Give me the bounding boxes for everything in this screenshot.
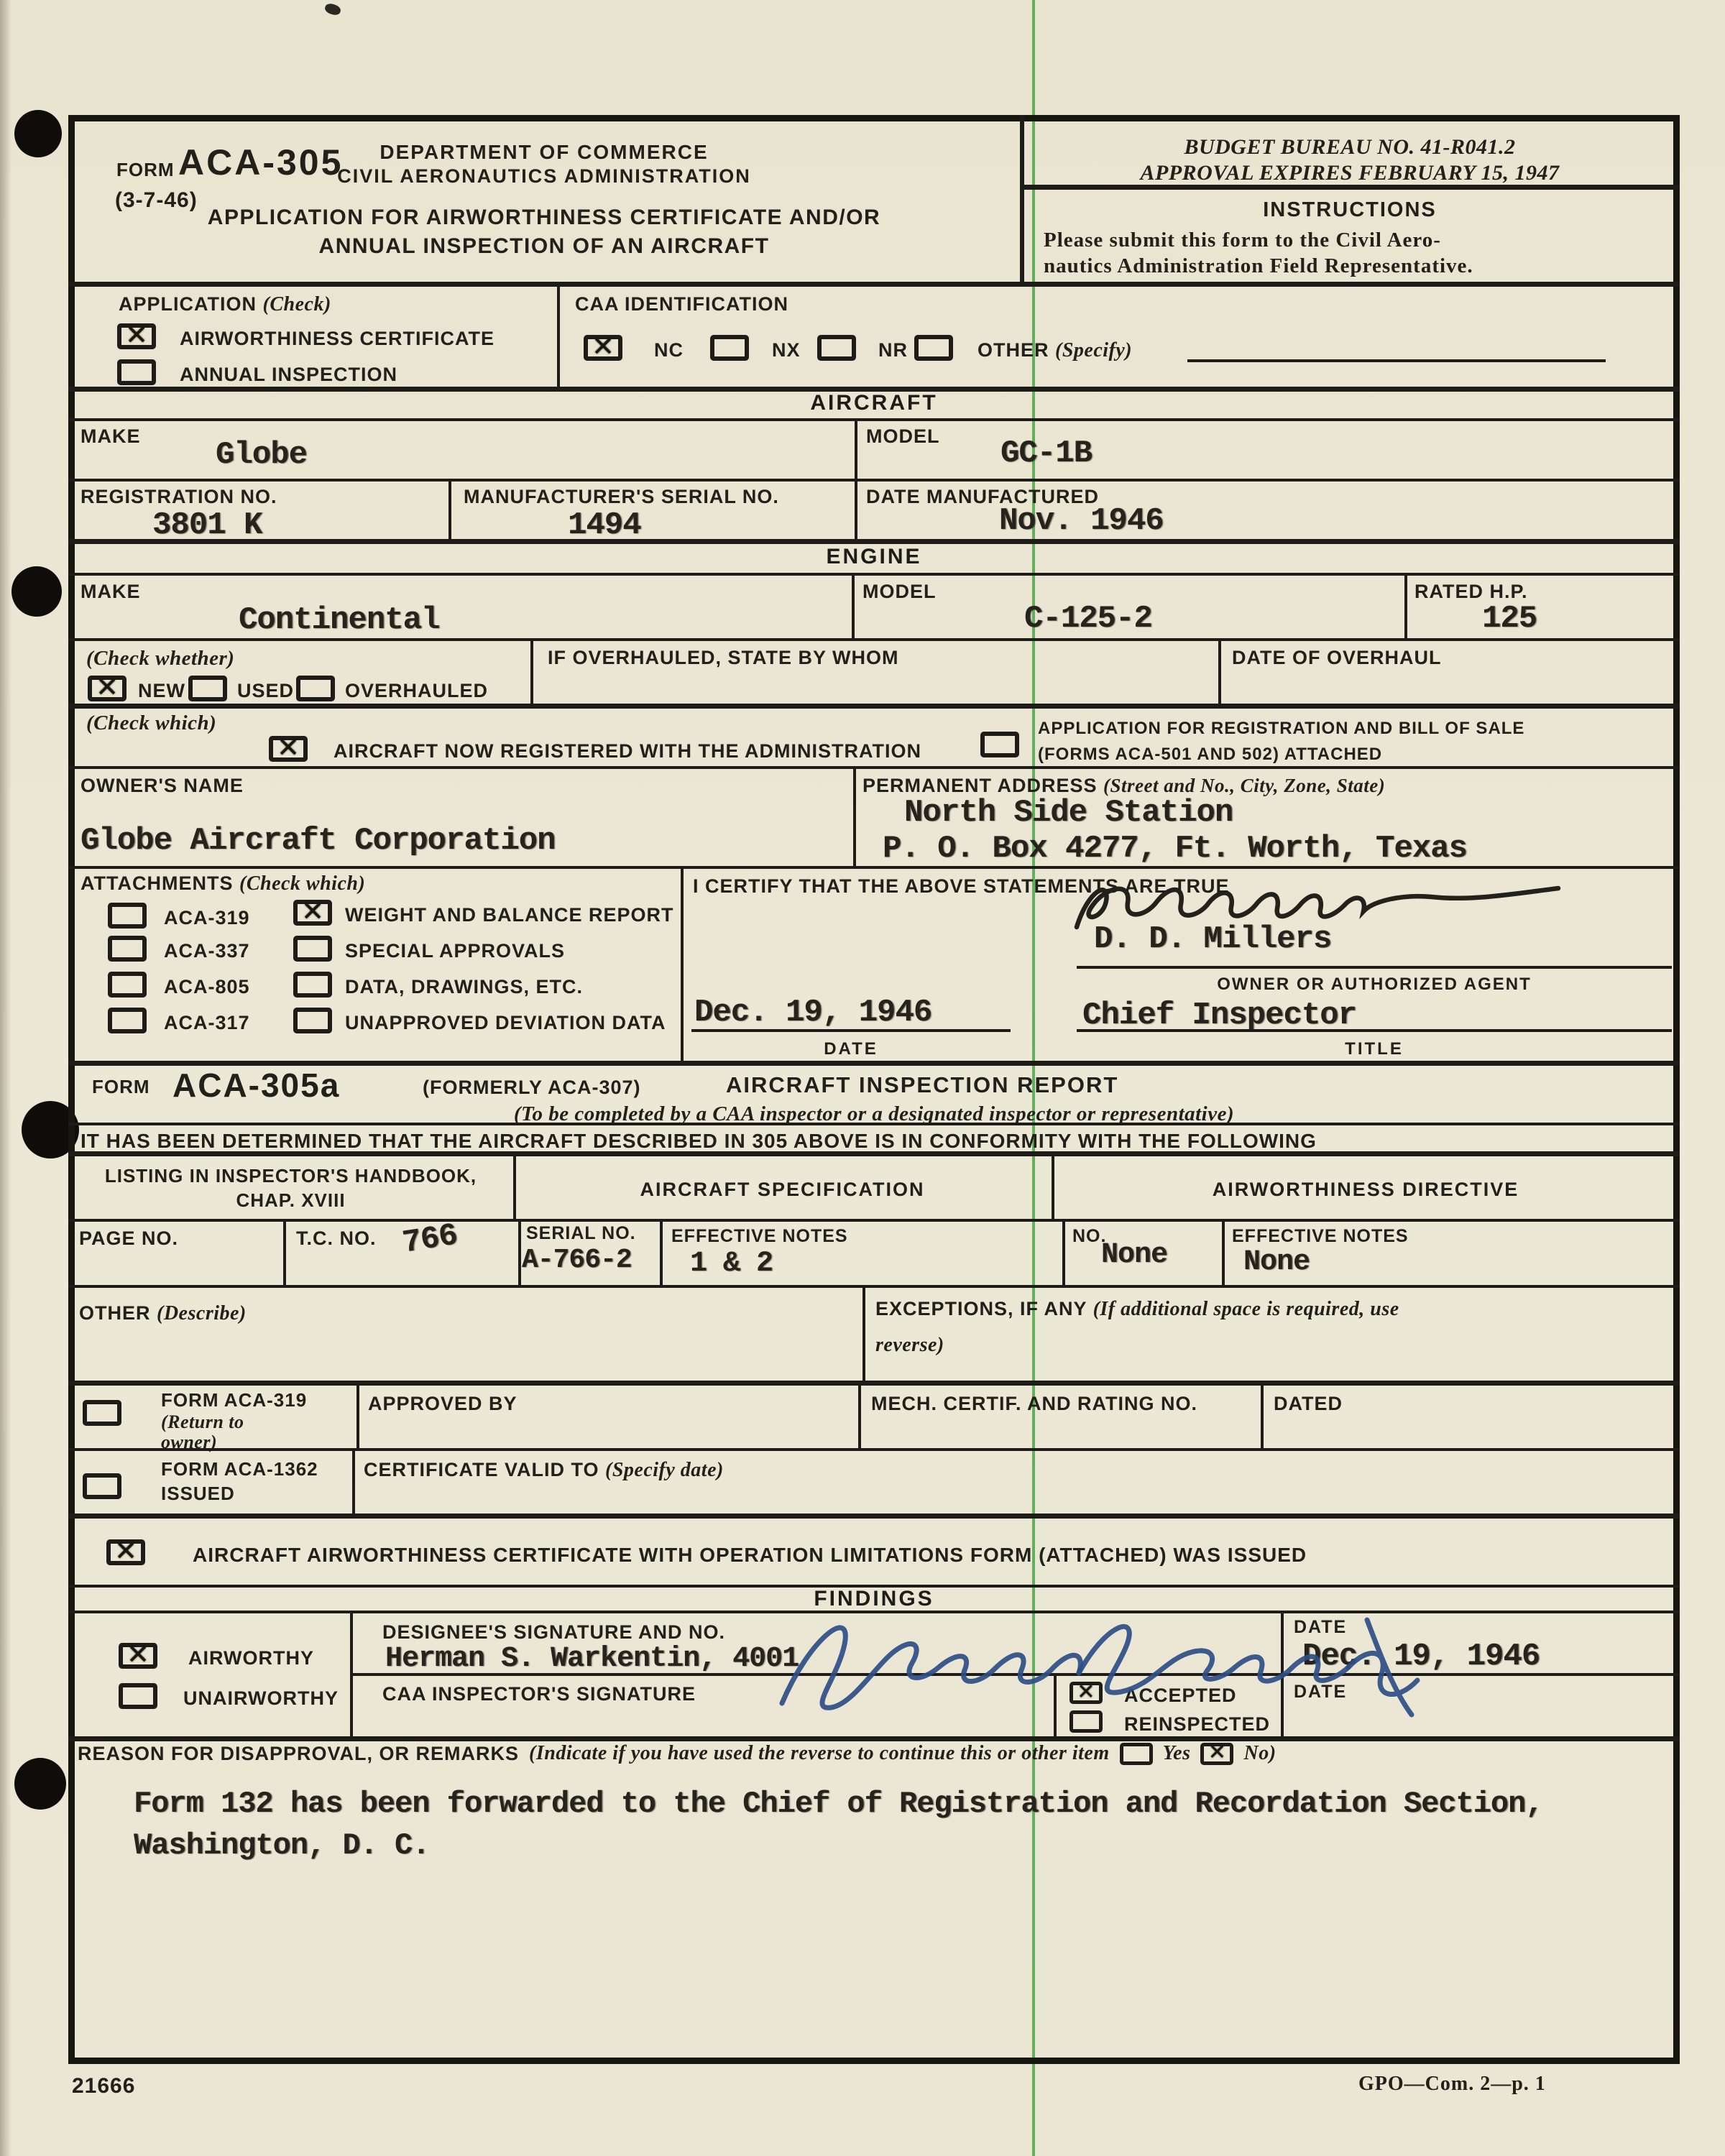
remarks-label-main: REASON FOR DISAPPROVAL, OR REMARKS	[78, 1743, 519, 1765]
handbook-header-line1: LISTING IN INSPECTOR'S HANDBOOK,	[68, 1166, 513, 1187]
remarks-no-label: No)	[1243, 1742, 1276, 1765]
instructions-line1: Please submit this form to the Civil Aer…	[1044, 229, 1441, 252]
report-title: AIRCRAFT INSPECTION REPORT	[726, 1072, 1118, 1098]
application-label-check: (Check)	[263, 293, 331, 315]
attachments-label: ATTACHMENTS (Check which)	[80, 872, 365, 895]
spec-header: AIRCRAFT SPECIFICATION	[513, 1179, 1052, 1201]
owner-name-label: OWNER'S NAME	[80, 775, 244, 797]
checkbox-certificate-issued[interactable]	[106, 1539, 145, 1565]
divider	[68, 539, 1680, 544]
exceptions-label-line1: EXCEPTIONS, IF ANY (If additional space …	[875, 1298, 1399, 1321]
date-label: DATE	[691, 1039, 1011, 1059]
aircraft-model-value: GC-1B	[1000, 436, 1092, 471]
divider	[68, 1381, 1680, 1386]
engine-section-title: ENGINE	[68, 545, 1680, 569]
other-label-describe: (Describe)	[157, 1302, 247, 1325]
caa-inspector-signature-label: CAA INSPECTOR'S SIGNATURE	[382, 1683, 696, 1705]
valid-to-label-main: CERTIFICATE VALID TO	[364, 1459, 599, 1480]
checkbox-aca-317[interactable]	[108, 1008, 147, 1033]
date-manufactured-value: Nov. 1946	[999, 503, 1164, 539]
unapproved-deviation-label: UNAPPROVED DEVIATION DATA	[345, 1012, 666, 1034]
budget-bureau-line1: BUDGET BUREAU NO. 41-R041.2	[1020, 135, 1680, 160]
divider	[855, 418, 857, 479]
department-line1: DEPARTMENT OF COMMERCE	[68, 141, 1020, 164]
checkbox-nx[interactable]	[710, 335, 749, 361]
divider	[68, 704, 1680, 709]
checkbox-engine-used[interactable]	[188, 676, 227, 701]
certificate-valid-to-label: CERTIFICATE VALID TO (Specify date)	[364, 1459, 724, 1482]
aca-337-label: ACA-337	[164, 940, 250, 962]
footer-gpo: GPO—Com. 2—p. 1	[1358, 2073, 1546, 2096]
checkbox-form-aca-1362[interactable]	[83, 1473, 121, 1499]
checkbox-special-approvals[interactable]	[293, 936, 332, 962]
valid-to-label-italic: (Specify date)	[605, 1459, 724, 1481]
other-specify-line[interactable]	[1187, 359, 1606, 362]
checkbox-annual-inspection[interactable]	[117, 359, 156, 385]
report-form-prefix: FORM	[92, 1077, 150, 1098]
checkbox-other[interactable]	[914, 335, 953, 361]
form-aca-319-label: FORM ACA-319	[161, 1390, 307, 1411]
divider	[68, 1448, 1680, 1451]
engine-new-label: NEW	[138, 680, 185, 702]
mech-certif-label: MECH. CERTIF. AND RATING NO.	[871, 1393, 1197, 1415]
page-no-label: PAGE NO.	[79, 1227, 178, 1250]
department-line2: CIVIL AERONAUTICS ADMINISTRATION	[68, 165, 1020, 188]
instructions-title: INSTRUCTIONS	[1020, 198, 1680, 222]
engine-make-value: Continental	[239, 602, 439, 638]
airworthiness-certificate-label: AIRWORTHINESS CERTIFICATE	[180, 328, 494, 350]
checkbox-aca-805[interactable]	[108, 972, 147, 998]
engine-model-value: C-125-2	[1024, 601, 1152, 637]
owner-signature-line[interactable]	[1077, 966, 1672, 969]
certificate-issued-label: AIRCRAFT AIRWORTHINESS CERTIFICATE WITH …	[193, 1544, 1307, 1567]
divider	[68, 418, 1680, 421]
certify-title-value: Chief Inspector	[1082, 998, 1356, 1033]
checkbox-unairworthy[interactable]	[119, 1683, 157, 1709]
address-label-main: PERMANENT ADDRESS	[862, 775, 1098, 796]
divider	[68, 282, 1680, 287]
form-aca-1362-label: FORM ACA-1362	[161, 1459, 318, 1480]
divider	[660, 1219, 663, 1285]
owner-name-value: Globe Aircraft Corporation	[80, 823, 556, 859]
bill-of-sale-label-line1: APPLICATION FOR REGISTRATION AND BILL OF…	[1038, 719, 1524, 739]
effective-notes-label: EFFECTIVE NOTES	[671, 1226, 848, 1247]
instructions-line2: nautics Administration Field Representat…	[1044, 254, 1473, 278]
divider	[68, 479, 1680, 482]
exceptions-label-line2: reverse)	[875, 1334, 944, 1357]
checkbox-aca-319[interactable]	[108, 903, 147, 929]
checkbox-aircraft-registered[interactable]	[269, 736, 308, 762]
handbook-header-line2: CHAP. XVIII	[68, 1190, 513, 1212]
title-line[interactable]	[1077, 1029, 1672, 1032]
divider	[1261, 1381, 1264, 1448]
remarks-yes-label: Yes	[1163, 1742, 1191, 1765]
exceptions-label-italic1: (If additional space is required, use	[1093, 1298, 1399, 1320]
divider	[858, 1381, 861, 1448]
divider	[1020, 115, 1024, 282]
form-title-line1: APPLICATION FOR AIRWORTHINESS CERTIFICAT…	[68, 206, 1020, 231]
form-aca-319-return1: (Return to	[161, 1411, 244, 1433]
checkbox-data-drawings[interactable]	[293, 972, 332, 998]
paper-edge-shadow	[0, 0, 11, 2156]
remarks-label-italic: (Indicate if you have used the reverse t…	[529, 1742, 1110, 1765]
divider	[557, 282, 560, 387]
check-whether-label: (Check whether)	[86, 647, 234, 671]
designee-name-value: Herman S. Warkentin, 4001	[385, 1643, 799, 1675]
divider	[68, 1123, 1680, 1125]
divider	[1020, 185, 1680, 190]
date-line[interactable]	[691, 1029, 1011, 1032]
determination-statement: IT HAS BEEN DETERMINED THAT THE AIRCRAFT…	[80, 1130, 1317, 1153]
check-which-label: (Check which)	[86, 711, 216, 735]
checkbox-engine-overhauled[interactable]	[296, 676, 335, 701]
remarks-line2-value: Washington, D. C.	[134, 1828, 429, 1863]
checkbox-engine-new[interactable]	[88, 676, 126, 701]
divider	[862, 1285, 865, 1381]
engine-used-label: USED	[237, 680, 294, 702]
signer-name-value: D. D. Millers	[1094, 921, 1331, 957]
checkbox-bill-of-sale[interactable]	[980, 732, 1019, 757]
nc-label: NC	[654, 339, 684, 361]
address-label-detail: (Street and No., City, Zone, State)	[1103, 775, 1385, 796]
specify-label: (Specify)	[1055, 339, 1132, 361]
nx-label: NX	[772, 339, 801, 361]
directive-header: AIRWORTHINESS DIRECTIVE	[1052, 1179, 1680, 1201]
bill-of-sale-label-line2: (FORMS ACA-501 AND 502) ATTACHED	[1038, 745, 1382, 765]
divider	[1218, 638, 1221, 704]
checkbox-weight-balance[interactable]	[293, 900, 332, 926]
divider	[68, 1151, 1680, 1156]
application-label: APPLICATION (Check)	[119, 293, 331, 316]
divider	[1404, 573, 1407, 638]
other-label-main: OTHER	[79, 1302, 151, 1324]
checkbox-form-aca-319[interactable]	[83, 1400, 121, 1426]
dated-label: DATED	[1274, 1393, 1343, 1415]
divider	[681, 866, 684, 1061]
divider	[68, 638, 1680, 641]
aircraft-make-value: Globe	[216, 437, 307, 473]
title-label: TITLE	[1077, 1039, 1672, 1059]
nr-label: NR	[878, 339, 908, 361]
engine-make-label: MAKE	[80, 581, 141, 603]
engine-model-label: MODEL	[862, 581, 937, 603]
directive-notes-label: EFFECTIVE NOTES	[1232, 1226, 1409, 1247]
divider	[530, 638, 533, 704]
form-aca-1362-issued: ISSUED	[161, 1483, 235, 1505]
divider	[855, 479, 857, 539]
checkbox-nc[interactable]	[584, 335, 622, 361]
report-formerly: (FORMERLY ACA-307)	[423, 1077, 641, 1099]
ink-speck	[323, 2, 341, 17]
punch-hole	[14, 110, 62, 157]
aircraft-model-label: MODEL	[866, 425, 940, 448]
owner-agent-label: OWNER OR AUTHORIZED AGENT	[1077, 975, 1672, 995]
punch-hole	[11, 566, 62, 617]
rated-hp-label: RATED H.P.	[1414, 581, 1528, 603]
checkbox-unapproved-deviation[interactable]	[293, 1008, 332, 1033]
aircraft-registered-label: AIRCRAFT NOW REGISTERED WITH THE ADMINIS…	[333, 740, 921, 763]
other-describe-label: OTHER (Describe)	[79, 1302, 247, 1325]
attachments-label-check: (Check which)	[239, 872, 365, 895]
effective-notes-value: 1 & 2	[690, 1248, 773, 1280]
certify-date-value: Dec. 19, 1946	[694, 995, 931, 1031]
checkbox-airworthy[interactable]	[119, 1643, 157, 1669]
divider	[1222, 1219, 1225, 1285]
divider	[356, 1381, 359, 1448]
checkbox-nr[interactable]	[817, 335, 856, 361]
serial-no-label: MANUFACTURER'S SERIAL NO.	[464, 486, 779, 508]
registration-no-value: 3801 K	[152, 507, 262, 543]
divider	[283, 1219, 286, 1285]
serial-no2-label: SERIAL NO.	[526, 1223, 636, 1244]
attachments-label-main: ATTACHMENTS	[80, 872, 233, 894]
report-form-number: ACA-305a	[172, 1067, 340, 1105]
divider	[852, 573, 855, 638]
address-line2-value: P. O. Box 4277, Ft. Worth, Texas	[883, 831, 1467, 867]
divider	[68, 1061, 1680, 1066]
scanned-form-page: FORM ACA-305 (3-7-46) DEPARTMENT OF COMM…	[0, 0, 1725, 2156]
designee-signature-label: DESIGNEE'S SIGNATURE AND NO.	[382, 1621, 725, 1644]
other-label: OTHER	[977, 339, 1049, 361]
divider	[68, 573, 1680, 576]
serial-no2-value: A-766-2	[522, 1245, 632, 1276]
budget-bureau-line2: APPROVAL EXPIRES FEBRUARY 15, 1947	[1020, 161, 1680, 186]
divider	[853, 766, 856, 866]
divider	[68, 766, 1680, 769]
address-line1-value: North Side Station	[904, 795, 1233, 831]
registration-no-label: REGISTRATION NO.	[80, 486, 277, 508]
divider	[68, 1219, 1680, 1222]
exceptions-label-main: EXCEPTIONS, IF ANY	[875, 1298, 1087, 1319]
aca-317-label: ACA-317	[164, 1012, 250, 1034]
data-drawings-label: DATA, DRAWINGS, ETC.	[345, 976, 583, 998]
divider	[1062, 1219, 1065, 1285]
airworthy-label: AIRWORTHY	[188, 1647, 314, 1669]
checkbox-aca-337[interactable]	[108, 936, 147, 962]
caa-identification-label: CAA IDENTIFICATION	[575, 293, 788, 315]
overhauled-by-whom-label: IF OVERHAULED, STATE BY WHOM	[548, 647, 899, 669]
remarks-header: REASON FOR DISAPPROVAL, OR REMARKS (Indi…	[78, 1742, 1276, 1765]
divider	[68, 1285, 1680, 1288]
form-title-line2: ANNUAL INSPECTION OF AN AIRCRAFT	[68, 234, 1020, 259]
divider	[518, 1219, 521, 1285]
divider	[68, 1514, 1680, 1519]
engine-overhauled-label: OVERHAULED	[345, 680, 488, 702]
aircraft-section-title: AIRCRAFT	[68, 391, 1680, 415]
tc-no-label: T.C. NO.	[296, 1227, 377, 1250]
weight-balance-label: WEIGHT AND BALANCE REPORT	[345, 904, 674, 926]
annual-inspection-label: ANNUAL INSPECTION	[180, 364, 397, 386]
unairworthy-label: UNAIRWORTHY	[183, 1687, 339, 1710]
divider	[352, 1448, 355, 1514]
divider	[448, 479, 451, 539]
approved-by-label: APPROVED BY	[368, 1393, 517, 1415]
other-specify-label: OTHER (Specify)	[977, 339, 1132, 362]
directive-no-value: None	[1101, 1239, 1167, 1271]
designee-handwritten-signature	[762, 1594, 1459, 1731]
rated-hp-value: 125	[1482, 601, 1537, 637]
checkbox-remarks-no[interactable]	[1200, 1743, 1233, 1765]
remarks-line1-value: Form 132 has been forwarded to the Chief…	[134, 1787, 1543, 1821]
serial-no-value: 1494	[568, 507, 641, 543]
divider	[68, 1736, 1680, 1741]
punch-hole	[14, 1758, 66, 1810]
application-label-main: APPLICATION	[119, 293, 257, 315]
date-of-overhaul-label: DATE OF OVERHAUL	[1232, 647, 1442, 669]
footer-serial: 21666	[72, 2074, 135, 2099]
checkbox-remarks-yes[interactable]	[1120, 1743, 1153, 1765]
aca-319-label: ACA-319	[164, 907, 250, 929]
special-approvals-label: SPECIAL APPROVALS	[345, 940, 565, 962]
directive-notes-value: None	[1243, 1246, 1310, 1279]
aca-805-label: ACA-805	[164, 976, 250, 998]
permanent-address-label: PERMANENT ADDRESS (Street and No., City,…	[862, 775, 1385, 797]
checkbox-airworthiness-certificate[interactable]	[117, 323, 156, 349]
aircraft-make-label: MAKE	[80, 425, 141, 448]
